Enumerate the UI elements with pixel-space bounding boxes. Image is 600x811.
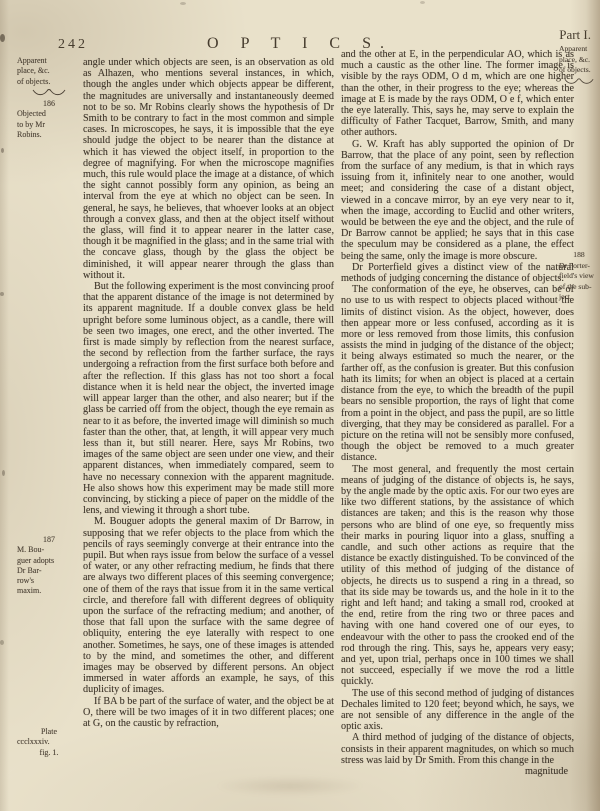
- paragraph: angle under which objects are seen, is a…: [83, 57, 334, 281]
- margin-note-line: maxim.: [17, 586, 81, 596]
- margin-note-line: to by Mr: [17, 120, 81, 130]
- scan-speck: [1, 148, 4, 153]
- scan-speck: [420, 1, 425, 4]
- flourish-icon: [32, 88, 66, 96]
- margin-note-line: fig. 1.: [17, 748, 81, 758]
- paragraph: The conformation of the eye, he observes…: [341, 284, 574, 463]
- right-text-column: and the other at E, in the perpendicular…: [341, 49, 574, 777]
- margin-note-line: M. Bou-: [17, 545, 81, 555]
- paragraph: and the other at E, in the perpendicular…: [341, 49, 574, 139]
- margin-note-line: Objected: [17, 109, 81, 119]
- margin-note-line: row's: [17, 576, 81, 586]
- margin-note-line: Dr Bar-: [17, 566, 81, 576]
- paragraph: G. W. Kraft has ably supported the opini…: [341, 139, 574, 262]
- book-page: 242 O P T I C S. Part I. Apparent place,…: [0, 0, 600, 811]
- part-label: Part I.: [559, 27, 591, 43]
- margin-note-apparent-place-left: Apparent place, &c. of objects.: [17, 56, 81, 96]
- ink-bleed-smudge: [215, 776, 365, 796]
- margin-note-bouguer: 187 M. Bou- guer adopts Dr Bar- row's ma…: [17, 535, 81, 597]
- margin-note-line: ccclxxxiv.: [17, 737, 81, 747]
- margin-note-line: Apparent: [17, 56, 81, 66]
- paragraph: The use of this second method of judging…: [341, 688, 574, 733]
- margin-note-plate-ref: Plate ccclxxxiv. fig. 1.: [17, 727, 81, 758]
- margin-note-line: guer adopts: [17, 556, 81, 566]
- section-number: 187: [17, 535, 81, 545]
- scan-speck: [180, 2, 186, 5]
- paragraph: Dr Porterfield gives a distinct view of …: [341, 262, 574, 284]
- margin-note-line: of objects.: [17, 77, 81, 87]
- scan-speck: [0, 34, 5, 42]
- margin-note-line: Plate: [17, 727, 81, 737]
- scan-speck: [2, 470, 5, 476]
- section-number: 186: [17, 99, 81, 109]
- scan-speck: [0, 292, 4, 296]
- paragraph: A third method of judging of the distanc…: [341, 732, 574, 766]
- scan-speck: [0, 640, 4, 645]
- paragraph: But the following experiment is the most…: [83, 281, 334, 516]
- paragraph: M. Bouguer adopts the general maxim of D…: [83, 516, 334, 695]
- paragraph: The most general, and frequently the mos…: [341, 464, 574, 688]
- catchword: magnitude: [341, 766, 574, 777]
- paragraph: If BA b be part of the surface of water,…: [83, 696, 334, 730]
- margin-note-objected: 186 Objected to by Mr Robins.: [17, 99, 81, 140]
- margin-note-line: Robins.: [17, 130, 81, 140]
- left-text-column: angle under which objects are seen, is a…: [83, 57, 334, 729]
- margin-note-line: place, &c.: [17, 66, 81, 76]
